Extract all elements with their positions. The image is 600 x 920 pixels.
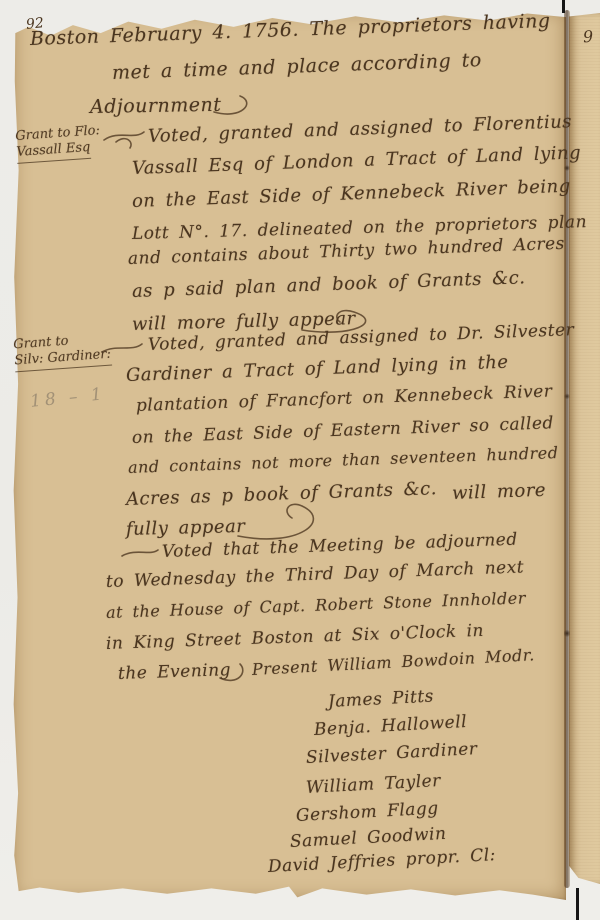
page-number: 92 [25, 15, 44, 33]
gutter-shadow-top [562, 0, 565, 13]
next-page-edge: 9 [569, 13, 600, 884]
book-gutter [564, 10, 570, 888]
gutter-shadow-bottom [576, 888, 579, 920]
next-page-number: 9 [582, 27, 593, 47]
scanned-document: 9 92 Grant to Flo: Vassall Esq Grant to … [0, 0, 600, 920]
margin-note-gardiner-grant: Grant to Silv: Gardiner: [13, 331, 112, 372]
margin-note-vassall-grant: Grant to Flo: Vassall Esq [15, 123, 102, 163]
